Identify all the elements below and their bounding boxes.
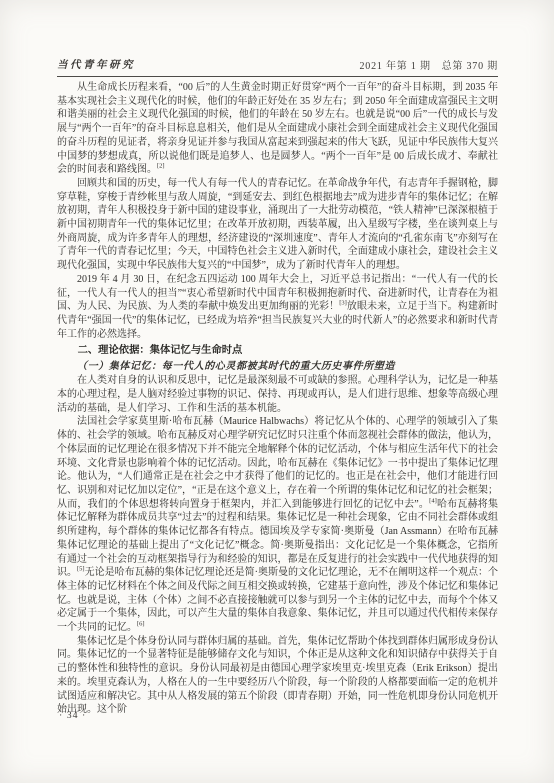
paragraph: 从生命成长历程来看，“00 后”的人生黄金时期正好贯穿“两个一百年”的奋斗目标期… — [57, 81, 498, 177]
paragraph: 回顾共和国的历史，每一代人有每一代人的青春记忆。在革命战争年代，有志青年手握钢枪… — [57, 177, 498, 273]
section-heading: 二、理论依据：集体记忆与生命时点 — [57, 344, 498, 359]
paragraph: 2019 年 4 月 30 日，在纪念五四运动 100 周年大会上，习近平总书记… — [57, 273, 498, 342]
footnote-marker: [3] — [339, 300, 347, 307]
paragraph: 在人类对自身的认识和反思中，记忆是最深刻最不可或缺的参照。心理科学认为，记忆是一… — [57, 374, 498, 415]
article-body: 从生命成长历程来看，“00 后”的人生黄金时期正好贯穿“两个一百年”的奋斗目标期… — [57, 81, 498, 717]
footnote-marker: [5] — [77, 566, 85, 573]
issue-info: 2021 年第 1 期 总第 370 期 — [360, 57, 499, 72]
page-header: 当代青年研究 2021 年第 1 期 总第 370 期 — [57, 52, 498, 77]
journal-title: 当代青年研究 — [57, 57, 135, 72]
sub-heading: （一）集体记忆：每一代人的心灵都被其时代的重大历史事件所塑造 — [57, 360, 498, 375]
footnote-marker: [4] — [429, 497, 437, 504]
footnote-marker: [2] — [157, 163, 165, 170]
paragraph: 集体记忆是个体身份认同与群体归属的基础。首先，集体记忆帮助个体找到群体归属形成身… — [57, 635, 498, 717]
footnote-marker: [6] — [137, 621, 145, 628]
page-number: · 34 · — [59, 710, 86, 721]
journal-page: 当代青年研究 2021 年第 1 期 总第 370 期 从生命成长历程来看，“0… — [0, 0, 554, 783]
paragraph: 法国社会学家莫里斯·哈布瓦赫（Maurice Halbwachs）将记忆从个体的… — [57, 415, 498, 634]
